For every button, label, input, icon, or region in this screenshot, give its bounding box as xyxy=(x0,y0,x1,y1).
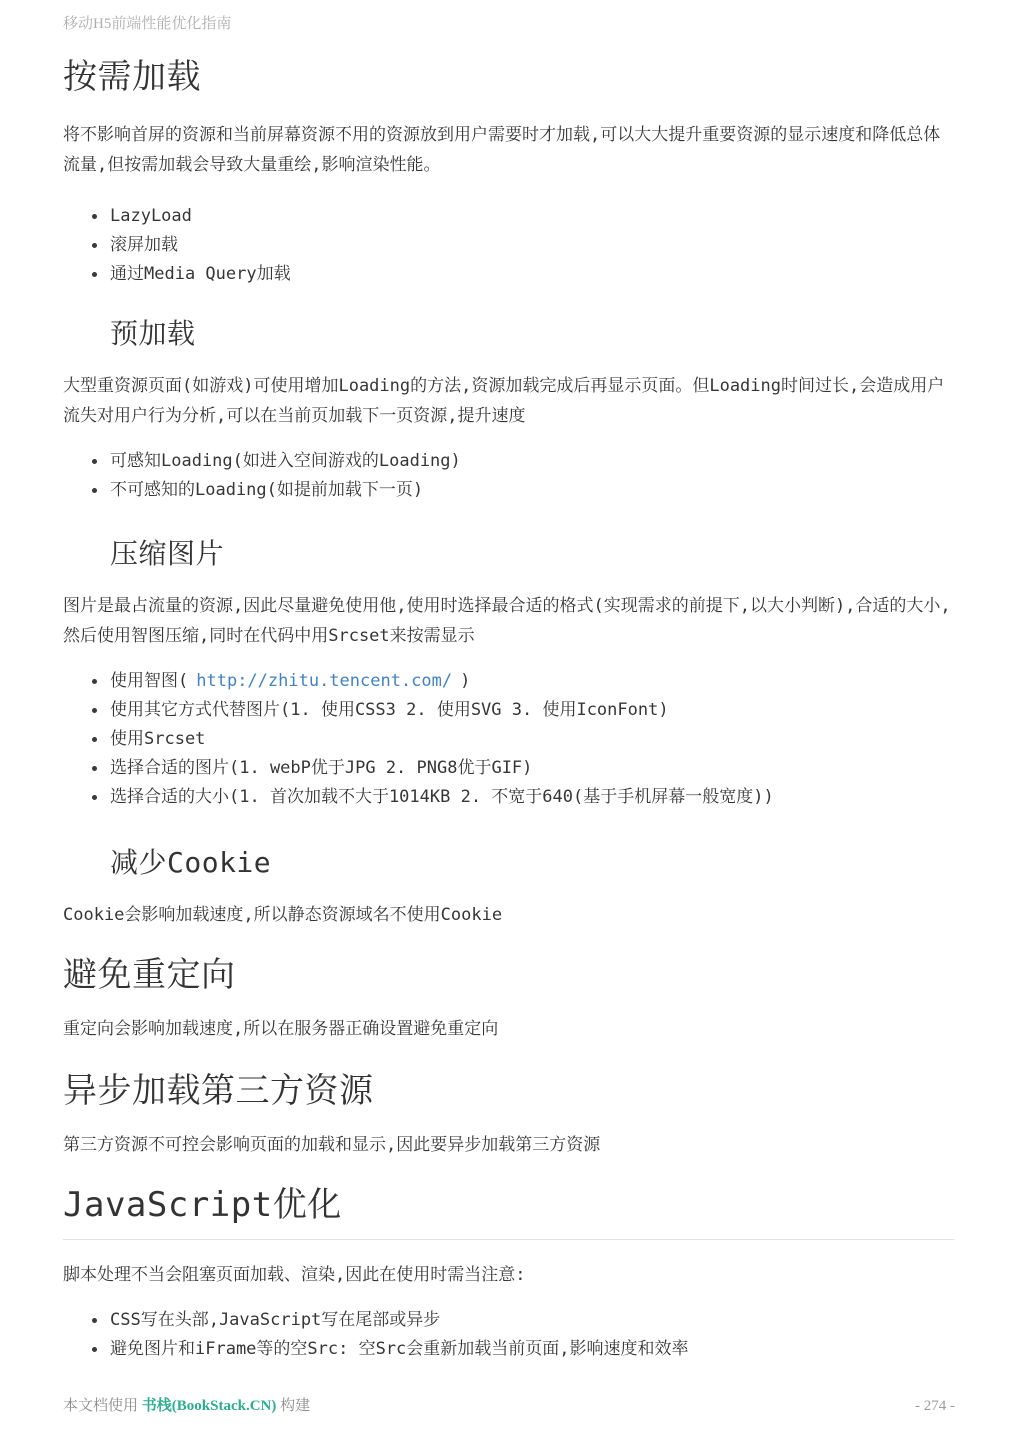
paragraph-javascript-optimization: 脚本处理不当会阻塞页面加载、渲染,因此在使用时需当注意: xyxy=(63,1260,955,1290)
bookstack-brand-link[interactable]: 书栈(BookStack.CN) xyxy=(142,1398,277,1414)
paragraph-preload: 大型重资源页面(如游戏)可使用增加Loading的方法,资源加载完成后再显示页面… xyxy=(63,371,955,431)
list-item: 通过Media Query加载 xyxy=(110,260,955,289)
heading-preload: 预加载 xyxy=(63,317,955,351)
paragraph-avoid-redirect: 重定向会影响加载速度,所以在服务器正确设置避免重定向 xyxy=(63,1014,955,1044)
paragraph-on-demand-loading: 将不影响首屏的资源和当前屏幕资源不用的资源放到用户需要时才加载,可以大大提升重要… xyxy=(63,120,955,180)
page-footer: 本文档使用 书栈(BookStack.CN) 构建 - 274 - xyxy=(63,1396,955,1416)
doc-header-title: 移动H5前端性能优化指南 xyxy=(63,16,231,32)
list-item: 可感知Loading(如进入空间游戏的Loading) xyxy=(110,447,955,476)
link-item-prefix: 使用智图( xyxy=(110,671,188,691)
list-item: 选择合适的大小(1. 首次加载不大于1014KB 2. 不宽于640(基于手机屏… xyxy=(110,783,955,812)
zhitu-link[interactable]: http://zhitu.tencent.com/ xyxy=(196,671,452,691)
list-javascript-optimization: CSS写在头部,JavaScript写在尾部或异步 避免图片和iFrame等的空… xyxy=(63,1306,955,1364)
footer-built-with: 本文档使用 书栈(BookStack.CN) 构建 xyxy=(63,1396,310,1416)
link-item-suffix: ) xyxy=(460,671,470,691)
list-item: 不可感知的Loading(如提前加载下一页) xyxy=(110,476,955,505)
doc-header: 移动H5前端性能优化指南 xyxy=(63,14,955,34)
list-item: CSS写在头部,JavaScript写在尾部或异步 xyxy=(110,1306,955,1335)
heading-on-demand-loading: 按需加载 xyxy=(63,56,955,98)
list-preload: 可感知Loading(如进入空间游戏的Loading) 不可感知的Loading… xyxy=(63,447,955,505)
list-item: 使用其它方式代替图片(1. 使用CSS3 2. 使用SVG 3. 使用IconF… xyxy=(110,696,955,725)
list-compress-images: 使用智图(http://zhitu.tencent.com/) 使用其它方式代替… xyxy=(63,667,955,812)
heading-async-third-party: 异步加载第三方资源 xyxy=(63,1070,955,1112)
paragraph-reduce-cookie: Cookie会影响加载速度,所以静态资源域名不使用Cookie xyxy=(63,900,955,930)
heading-avoid-redirect: 避免重定向 xyxy=(63,954,955,996)
list-item: 使用Srcset xyxy=(110,725,955,754)
list-item: 避免图片和iFrame等的空Src: 空Src会重新加载当前页面,影响速度和效率 xyxy=(110,1335,955,1364)
footer-built-suffix: 构建 xyxy=(276,1398,310,1414)
paragraph-async-third-party: 第三方资源不可控会影响页面的加载和显示,因此要异步加载第三方资源 xyxy=(63,1130,955,1160)
heading-compress-images: 压缩图片 xyxy=(63,537,955,571)
document-page: 移动H5前端性能优化指南 按需加载 将不影响首屏的资源和当前屏幕资源不用的资源放… xyxy=(0,0,1019,1440)
list-on-demand-loading: LazyLoad 滚屏加载 通过Media Query加载 xyxy=(63,202,955,289)
heading-reduce-cookie: 减少Cookie xyxy=(63,846,955,880)
footer-built-prefix: 本文档使用 xyxy=(63,1398,142,1414)
page-number: - 274 - xyxy=(915,1396,955,1416)
heading-javascript-optimization: JavaScript优化 xyxy=(63,1184,955,1240)
list-item-with-link: 使用智图(http://zhitu.tencent.com/) xyxy=(110,667,955,696)
paragraph-compress-images: 图片是最占流量的资源,因此尽量避免使用他,使用时选择最合适的格式(实现需求的前提… xyxy=(63,591,955,651)
list-item: LazyLoad xyxy=(110,202,955,231)
list-item: 滚屏加载 xyxy=(110,231,955,260)
list-item: 选择合适的图片(1. webP优于JPG 2. PNG8优于GIF) xyxy=(110,754,955,783)
